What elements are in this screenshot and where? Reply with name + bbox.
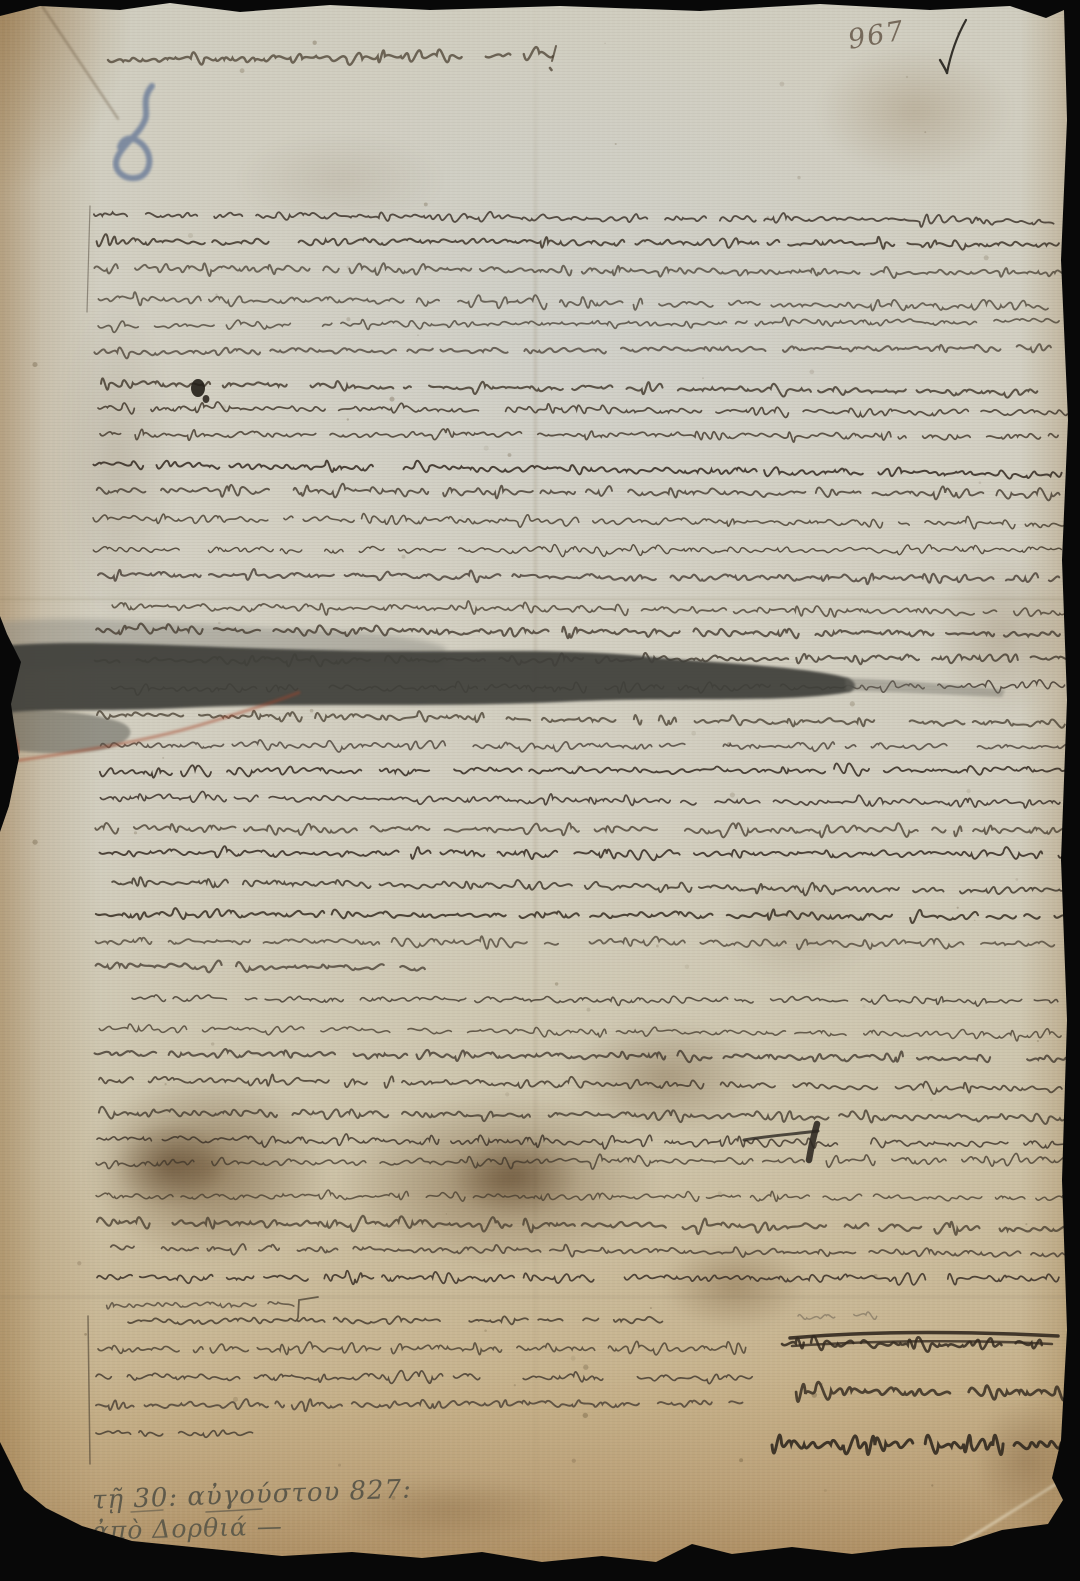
paper-aging-right xyxy=(0,0,1080,1581)
red-pencil-streak xyxy=(8,692,300,762)
paper-aging-left xyxy=(0,0,1080,1581)
blue-crayon-mark xyxy=(116,86,152,178)
handwritten-text-strokes xyxy=(93,47,1080,1454)
ink-marks xyxy=(87,46,1058,1512)
brown-stain xyxy=(295,1068,705,1293)
paper-aging-bottom xyxy=(0,0,1080,1581)
dateline-place: ἀπὸ Δορθιά — xyxy=(92,1512,283,1546)
archival-number: 967 xyxy=(846,15,908,56)
handwriting-layer xyxy=(0,0,1080,1581)
brown-stain xyxy=(960,1380,1080,1540)
brown-stain xyxy=(700,860,900,1000)
ink-blot xyxy=(203,395,210,403)
paper-texture xyxy=(0,0,1080,1581)
brown-stain xyxy=(40,250,190,670)
ink-smear-tail xyxy=(845,678,1005,697)
bottom-right-fold-crease xyxy=(900,1431,1080,1581)
brown-stain xyxy=(540,1002,790,1152)
paper-speckles xyxy=(32,32,1039,1500)
ink-smear-lower-blob xyxy=(0,710,130,753)
horizontal-crease-lower xyxy=(0,1296,1080,1298)
paper-aging-cool xyxy=(0,0,1080,1581)
brown-stain xyxy=(430,1120,600,1230)
red-pencil-mark xyxy=(2,720,18,754)
brown-stain xyxy=(210,120,470,240)
ink-blot xyxy=(191,379,205,397)
vertical-fold-crease xyxy=(534,0,537,1581)
check-mark xyxy=(940,20,966,73)
horizontal-crease-upper xyxy=(0,598,1080,600)
brown-stain xyxy=(915,530,1080,740)
scan-stage: 967 τῇ 30: αὐγούστου 827: ἀπὸ Δορθιά — xyxy=(0,0,1080,1581)
brown-stain xyxy=(640,1228,830,1343)
brown-stain xyxy=(790,26,1040,196)
letter-paper: 967 τῇ 30: αὐγούστου 827: ἀπὸ Δορθιά — xyxy=(0,0,1080,1581)
ink-smear-band xyxy=(0,643,855,714)
dateline-date: τῇ 30: αὐγούστου 827: xyxy=(92,1474,413,1515)
ink-smear-halo xyxy=(0,619,446,672)
brown-stain xyxy=(52,1048,362,1288)
paper-aging-top-left xyxy=(0,0,1080,1581)
brown-stain xyxy=(95,1110,245,1220)
top-left-fold-crease xyxy=(23,0,120,120)
